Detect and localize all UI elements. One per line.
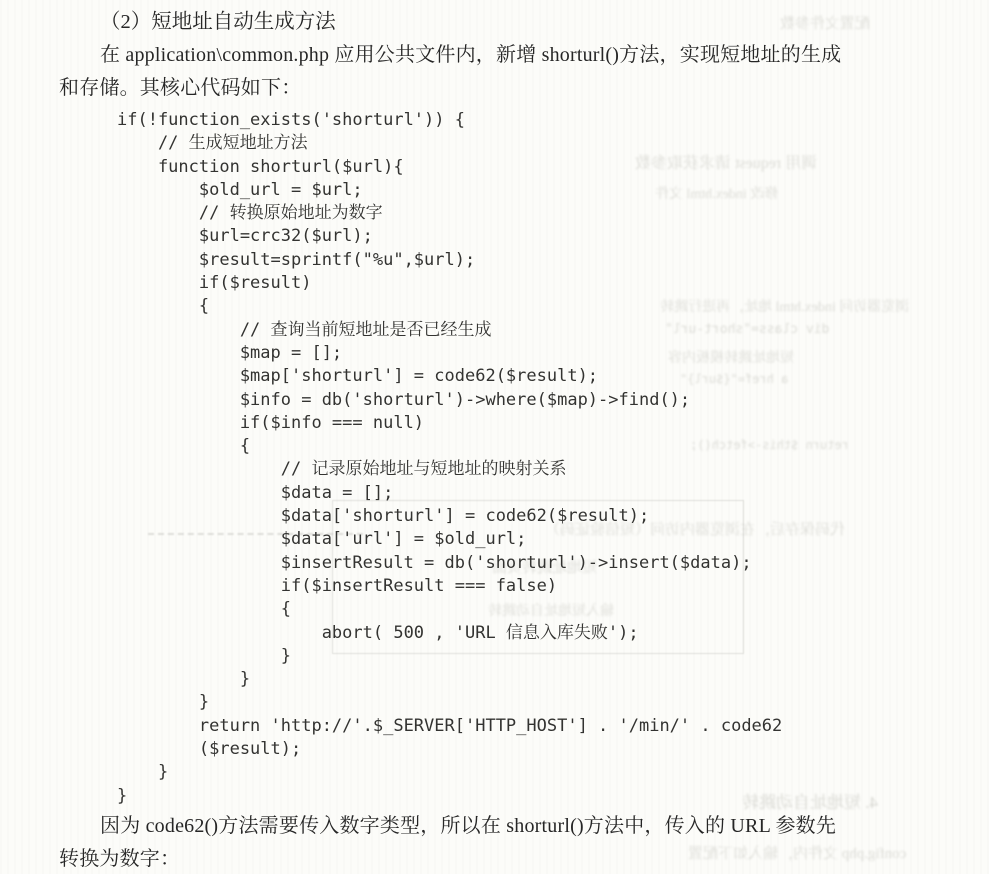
code-line: function shorturl($url){ xyxy=(117,156,964,179)
code-line: $map['shorturl'] = code62($result); xyxy=(117,365,964,388)
paragraph-line: 转换为数字： xyxy=(59,843,964,874)
code-line: { xyxy=(117,598,964,621)
code-line: } xyxy=(117,645,964,668)
code-line: $map = []; xyxy=(117,342,964,365)
code-line: $old_url = $url; xyxy=(117,179,964,202)
code-line: { xyxy=(117,435,964,458)
code-line: if($insertResult === false) xyxy=(117,575,964,598)
code-line: // 记录原始地址与短地址的映射关系 xyxy=(117,458,964,481)
code-line: $insertResult = db('shorturl')->insert($… xyxy=(117,552,964,575)
code-line: } xyxy=(117,691,964,714)
book-page: 配置文件参数 调用 request 请求获取参数 修改 index.html 文… xyxy=(0,0,989,874)
code-line: // 生成短地址方法 xyxy=(117,132,964,155)
code-line: $url=crc32($url); xyxy=(117,225,964,248)
paragraph-line: 在 application\common.php 应用公共文件内，新增 shor… xyxy=(100,39,964,72)
code-line: if(!function_exists('shorturl')) { xyxy=(117,109,964,132)
code-line: if($result) xyxy=(117,272,964,295)
code-block: if(!function_exists('shorturl')) { // 生成… xyxy=(117,109,964,808)
paragraph-line: 和存储。其核心代码如下： xyxy=(59,72,964,105)
code-line: $data['shorturl'] = code62($result); xyxy=(117,505,964,528)
code-line: } xyxy=(117,761,964,784)
code-line: $result=sprintf("%u",$url); xyxy=(117,249,964,272)
code-line: // 转换原始地址为数字 xyxy=(117,202,964,225)
code-line: { xyxy=(117,295,964,318)
code-line: // 查询当前短地址是否已经生成 xyxy=(117,319,964,342)
code-line: abort( 500 , 'URL 信息入库失败'); xyxy=(117,622,964,645)
paragraph-line: 因为 code62()方法需要传入数字类型，所以在 shorturl()方法中，… xyxy=(100,810,964,843)
code-line: return 'http://'.$_SERVER['HTTP_HOST'] .… xyxy=(117,715,964,738)
code-line: if($info === null) xyxy=(117,412,964,435)
code-line: } xyxy=(117,668,964,691)
code-line: $data['url'] = $old_url; xyxy=(117,528,964,551)
code-line: ($result); xyxy=(117,738,964,761)
page-content: （2）短地址自动生成方法 在 application\common.php 应用… xyxy=(59,6,964,874)
code-line: } xyxy=(117,785,964,808)
section-heading: （2）短地址自动生成方法 xyxy=(100,6,964,39)
code-line: $data = []; xyxy=(117,482,964,505)
code-line: $info = db('shorturl')->where($map)->fin… xyxy=(117,389,964,412)
